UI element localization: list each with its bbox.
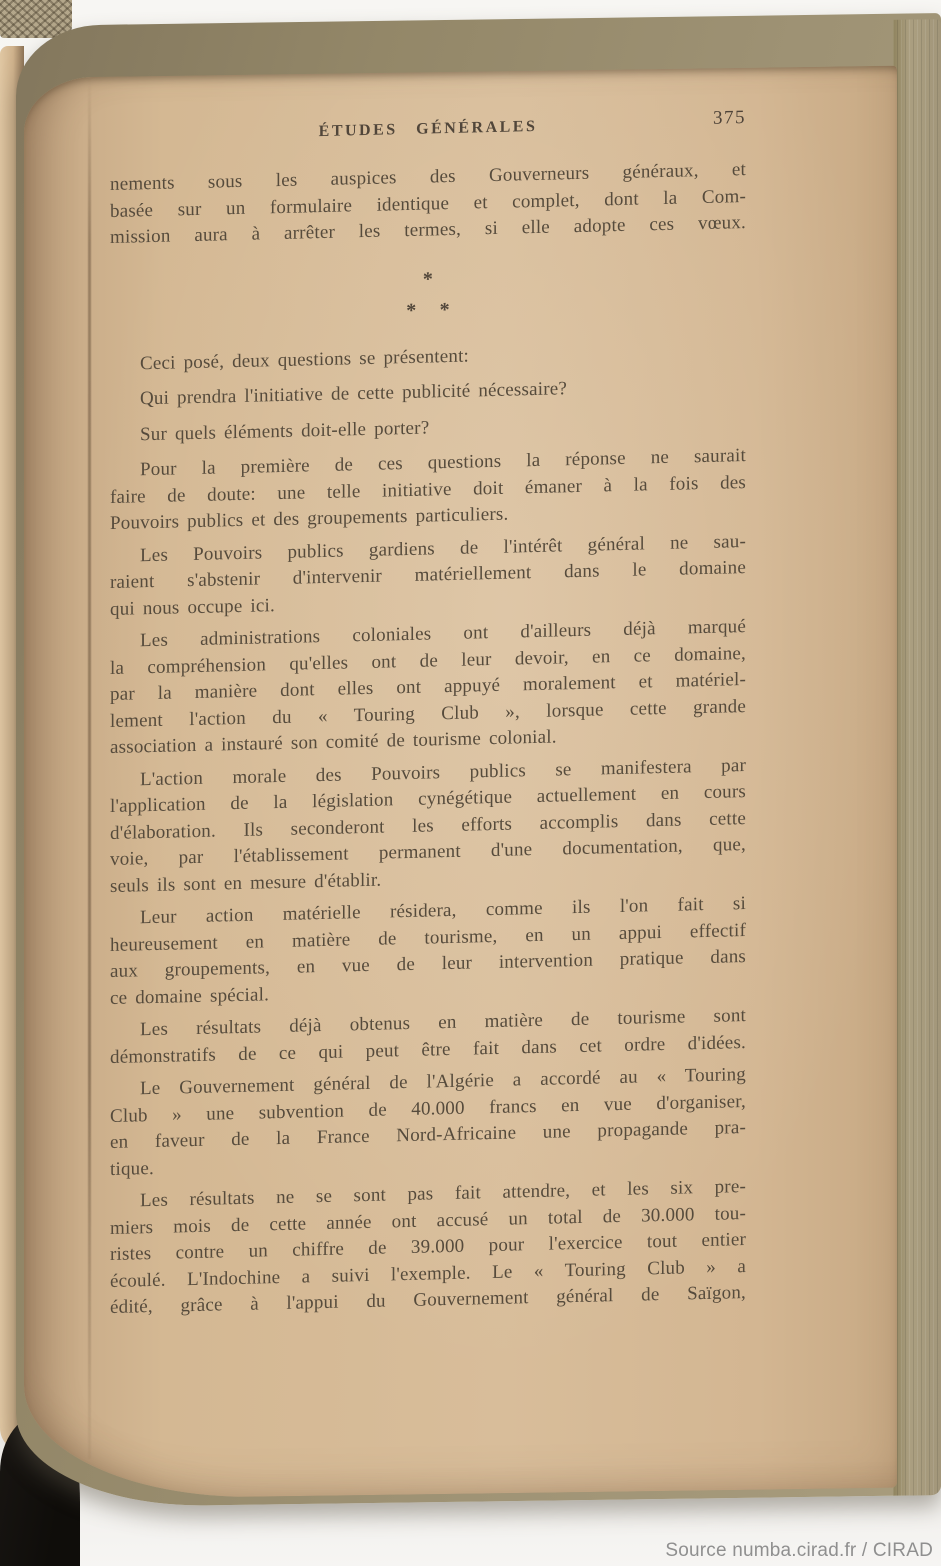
- text-line: Ceci posé, deux questions se présentent:: [110, 337, 746, 378]
- paragraph: Pour la première de ces questions la rép…: [110, 443, 746, 537]
- paragraph: Le Gouvernement général de l'Algérie a a…: [110, 1062, 746, 1183]
- paragraph: L'action morale des Pouvoirs publics se …: [110, 753, 746, 900]
- asterism-separator: ** *: [110, 257, 746, 334]
- scanned-book-photo: ÉTUDES GÉNÉRALES 375 nements sous les au…: [0, 0, 941, 1566]
- text-line: Sur quels éléments doit-elle porter?: [110, 408, 746, 449]
- page-text: ÉTUDES GÉNÉRALES 375 nements sous les au…: [110, 109, 746, 1327]
- paragraph: Leur action matérielle résidera, comme i…: [110, 891, 746, 1012]
- paragraph: nements sous les auspices des Gouverneur…: [110, 157, 746, 251]
- paragraph: Les résultats ne se sont pas fait attend…: [110, 1174, 746, 1321]
- paragraph: Les résultats déjà obtenus en matière de…: [110, 1003, 746, 1071]
- paragraph: Les administrations coloniales ont d'ail…: [110, 614, 746, 761]
- paragraph: Les Pouvoirs publics gardiens de l'intér…: [110, 529, 746, 623]
- text-line: Qui prendra l'initiative de cette public…: [110, 372, 746, 413]
- paragraph: Qui prendra l'initiative de cette public…: [110, 372, 746, 413]
- paragraph: Sur quels éléments doit-elle porter?: [110, 408, 746, 449]
- fore-edge-pages: [893, 19, 941, 1496]
- text-body: nements sous les auspices des Gouverneur…: [110, 157, 746, 1321]
- gutter-crease: [88, 77, 91, 1459]
- page-number: 375: [713, 105, 746, 132]
- paragraph: Ceci posé, deux questions se présentent:: [110, 337, 746, 378]
- source-attribution: Source numba.cirad.fr / CIRAD: [665, 1540, 933, 1562]
